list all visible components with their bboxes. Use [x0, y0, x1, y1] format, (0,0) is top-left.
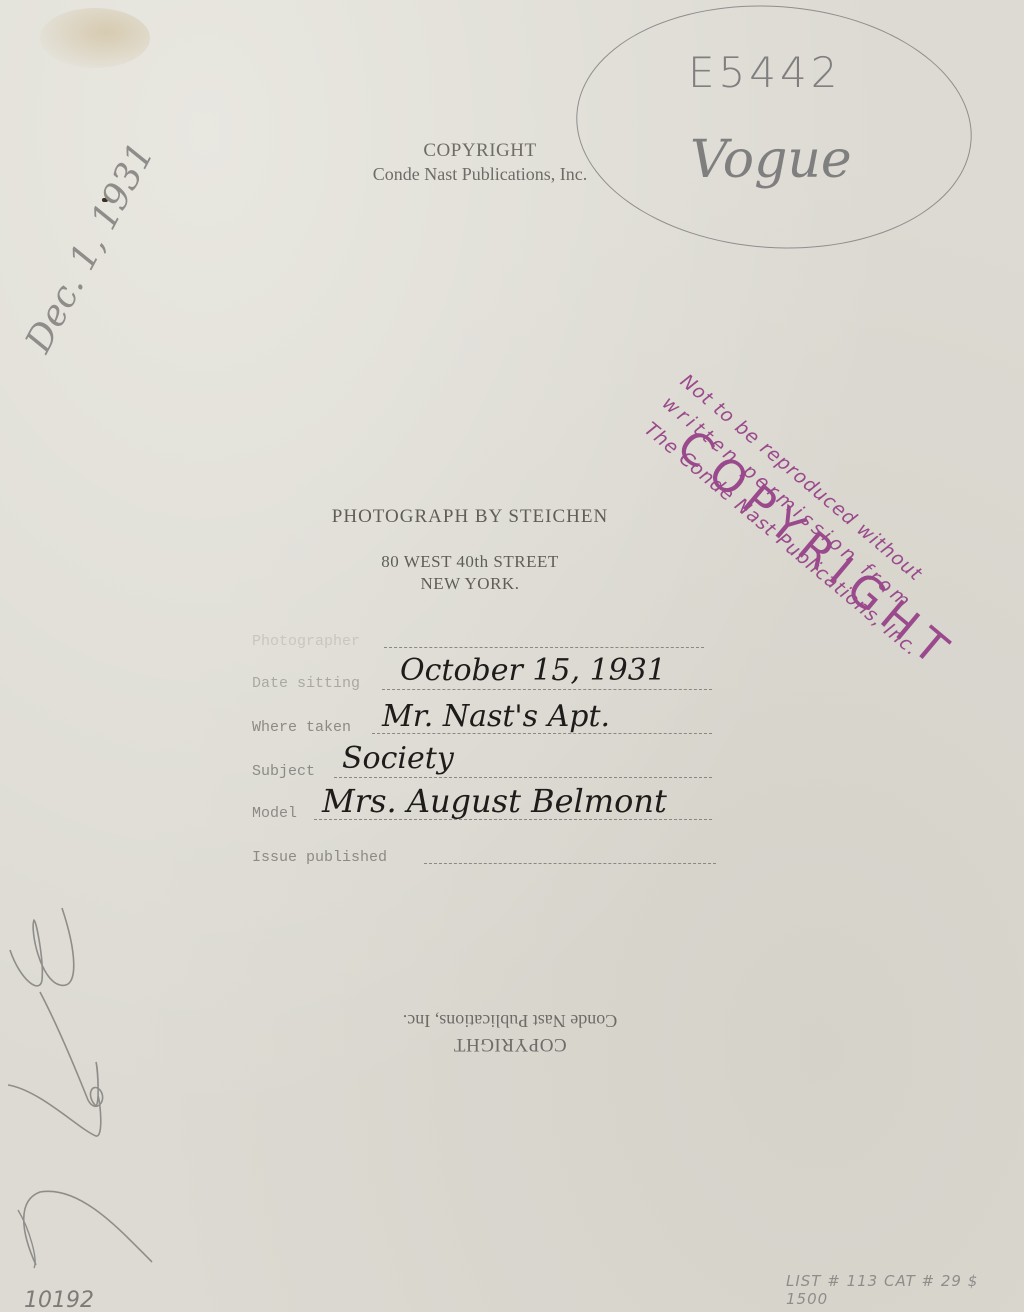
pencil-magazine-name: Vogue [690, 130, 852, 190]
form-label-photographer: Photographer [252, 633, 360, 650]
form-label-model: Model [252, 805, 297, 822]
form-row-where-taken: Where taken Mr. Nast's Apt. [252, 710, 712, 736]
photographer-stamp: PHOTOGRAPH BY STEICHEN 80 WEST 40th STRE… [280, 506, 660, 594]
form-line [382, 689, 712, 690]
form-value-date-sitting: October 15, 1931 [400, 653, 666, 688]
form-value-where-taken: Mr. Nast's Apt. [382, 699, 610, 734]
form-row-issue-published: Issue published [252, 840, 722, 866]
form-label-date-sitting: Date sitting [252, 675, 360, 692]
age-stain [40, 8, 150, 68]
copyright-stamp-publisher: Conde Nast Publications, Inc. [330, 164, 630, 185]
pencil-negative-id: E5442 [688, 48, 841, 97]
form-value-subject: Society [342, 741, 454, 776]
form-line [424, 863, 716, 864]
photographer-name: PHOTOGRAPH BY STEICHEN [280, 506, 660, 528]
form-row-date-sitting: Date sitting October 15, 1931 [252, 666, 712, 692]
pencil-initials-scribble [0, 900, 180, 1270]
purple-stamp-line-2: written permission from [658, 392, 917, 615]
pencil-accession-number: 10192 [24, 1288, 94, 1312]
copyright-stamp-publisher: Conde Nast Publications, Inc. [350, 1010, 670, 1031]
form-label-subject: Subject [252, 763, 315, 780]
pencil-margin-date: Dec. 1, 1931 [18, 136, 162, 359]
photographer-address: 80 WEST 40th STREET [280, 552, 660, 572]
form-value-model: Mrs. August Belmont [322, 782, 667, 820]
purple-copyright-stamp: COPYRIGHT Not to be reproduced without w… [640, 330, 1020, 660]
form-row-model: Model Mrs. August Belmont [252, 796, 812, 822]
form-row-subject: Subject Society [252, 754, 712, 780]
form-label-issue-published: Issue published [252, 849, 387, 866]
pencil-catalog-note: LIST # 113 CAT # 29 $ 1500 [786, 1272, 1024, 1308]
form-label-where-taken: Where taken [252, 719, 351, 736]
copyright-stamp-title: COPYRIGHT [350, 1033, 670, 1055]
photographer-city: NEW YORK. [280, 574, 660, 594]
form-line [334, 777, 712, 778]
form-line [384, 647, 704, 648]
copyright-stamp-bottom-inverted: COPYRIGHT Conde Nast Publications, Inc. [350, 1010, 670, 1055]
form-row-photographer: Photographer [252, 624, 712, 650]
